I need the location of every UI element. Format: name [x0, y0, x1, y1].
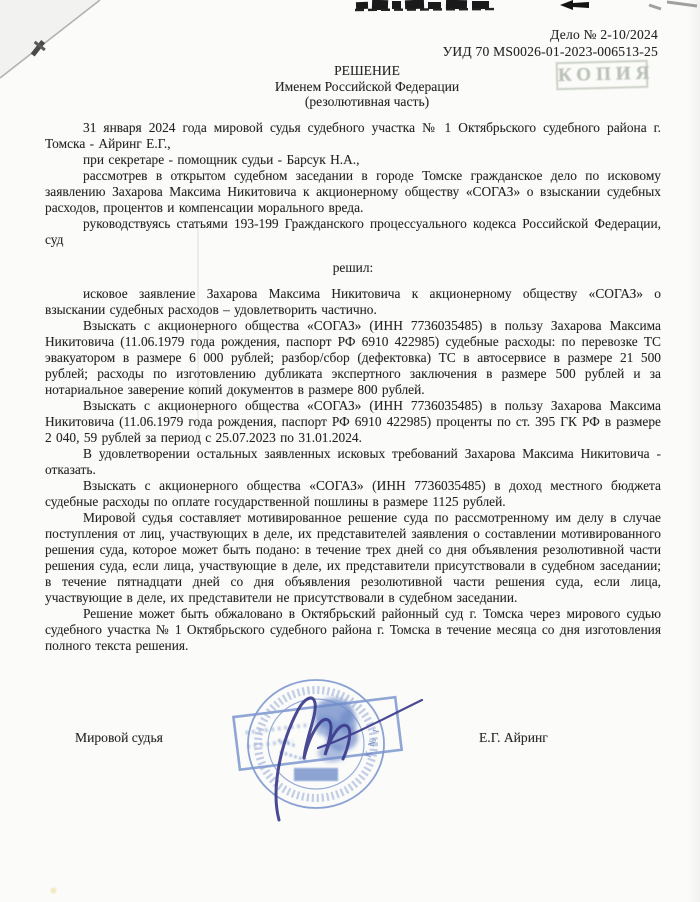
clipped-text-fragments — [355, 0, 497, 10]
title-decision: РЕШЕНИЕ — [52, 63, 682, 79]
resolution-paragraph: Взыскать с акционерного общества «СОГАЗ»… — [45, 478, 661, 510]
case-number: Дело № 2-10/2024 — [443, 27, 658, 44]
case-uid: УИД 70 MS0026-01-2023-006513-25 — [443, 44, 658, 61]
title-in-the-name: Именем Российской Федерации — [52, 79, 682, 95]
intro-paragraph: 31 января 2024 года мировой судья судебн… — [45, 120, 661, 152]
resolution-paragraph: Решение может быть обжаловано в Октябрьс… — [45, 606, 661, 654]
resolution-paragraph: исковое заявление Захарова Максима Никит… — [45, 286, 661, 318]
resolution-heading: решил: — [45, 260, 661, 276]
title-operative-part: (резолютивная часть) — [52, 94, 682, 110]
court-seal-stamp: К № 1 — [248, 680, 384, 808]
seal-and-signature: К № 1 — [222, 652, 462, 867]
resolution-paragraph: В удовлетворении остальных заявленных ис… — [45, 446, 661, 478]
document-body: 31 января 2024 года мировой судья судебн… — [45, 120, 661, 654]
document-title-block: РЕШЕНИЕ Именем Российской Федерации (рез… — [52, 63, 682, 110]
resolution-paragraph: Взыскать с акционерного общества «СОГАЗ»… — [45, 398, 661, 446]
header-meta: Дело № 2-10/2024 УИД 70 MS0026-01-2023-0… — [443, 27, 658, 60]
seal-hatch-block — [294, 768, 338, 781]
resolution-paragraph: Мировой судья составляет мотивированное … — [45, 510, 661, 606]
scanned-court-decision-page: Дело № 2-10/2024 УИД 70 MS0026-01-2023-0… — [0, 0, 700, 902]
paper-speck — [50, 887, 57, 894]
intro-paragraph: руководствуясь статьями 193-199 Гражданс… — [45, 216, 661, 248]
page-edge-shadow — [688, 0, 700, 902]
resolution-paragraph: Взыскать с акционерного общества «СОГАЗ»… — [45, 318, 661, 398]
intro-paragraph: рассмотрев в открытом судебном заседании… — [45, 168, 661, 216]
intro-paragraph: при секретаре - помощник судьи - Барсук … — [45, 152, 661, 168]
signature-role-label: Мировой судья — [75, 730, 163, 746]
arrow-mark — [560, 0, 589, 10]
judge-name: Е.Г. Айринг — [479, 730, 548, 746]
